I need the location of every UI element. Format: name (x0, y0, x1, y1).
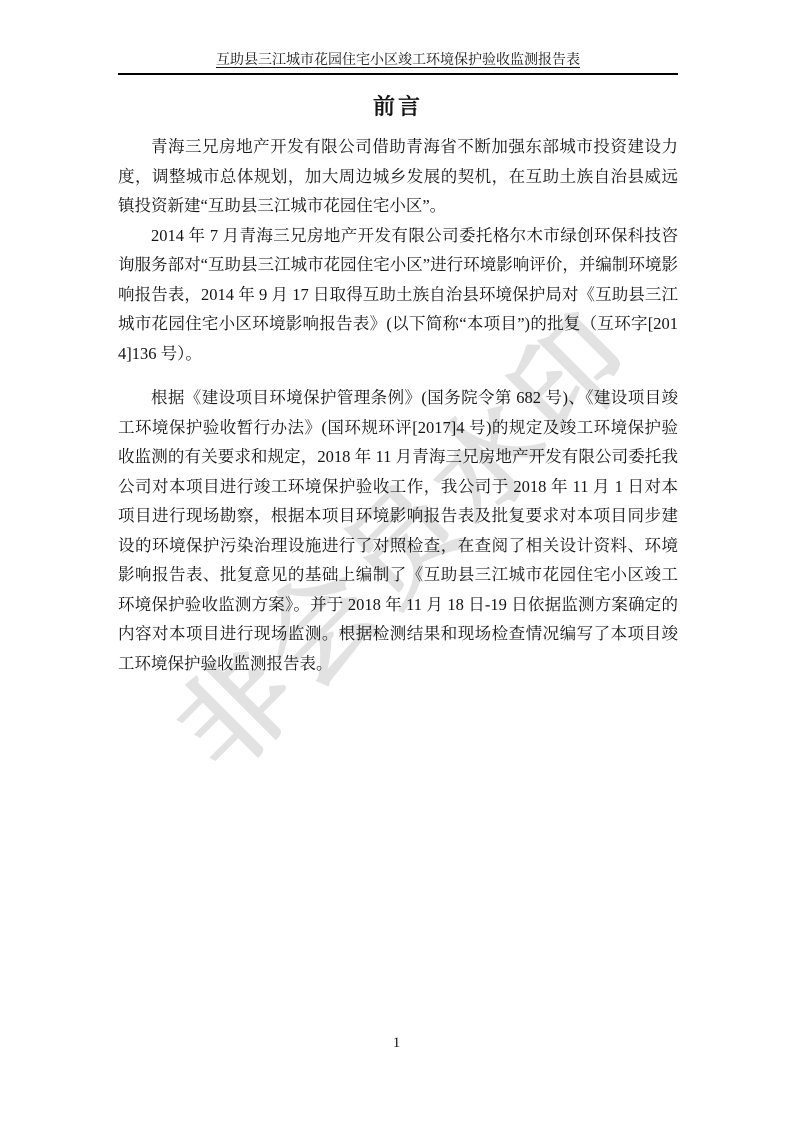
document-page: 非会员水印 互助县三江城市花园住宅小区竣工环境保护验收监测报告表 前言 青海三兄… (0, 0, 793, 1122)
header-rule (118, 73, 678, 75)
page-number: 1 (393, 1035, 401, 1051)
page-content: 互助县三江城市花园住宅小区竣工环境保护验收监测报告表 前言 青海三兄房地产开发有… (0, 52, 793, 678)
page-header: 互助县三江城市花园住宅小区竣工环境保护验收监测报告表 (118, 52, 678, 70)
page-title: 前言 (118, 92, 678, 122)
paragraph-2: 2014 年 7 月青海三兄房地产开发有限公司委托格尔木市绿创环保科技咨询服务部… (118, 221, 678, 369)
paragraph-1: 青海三兄房地产开发有限公司借助青海省不断加强东部城市投资建设力度，调整城市总体规… (118, 132, 678, 221)
paragraph-3: 根据《建设项目环境保护管理条例》(国务院令第 682 号)、《建设项目竣工环境保… (118, 383, 678, 678)
page-footer: 1 (0, 1033, 793, 1053)
header-title: 互助县三江城市花园住宅小区竣工环境保护验收监测报告表 (216, 53, 580, 68)
